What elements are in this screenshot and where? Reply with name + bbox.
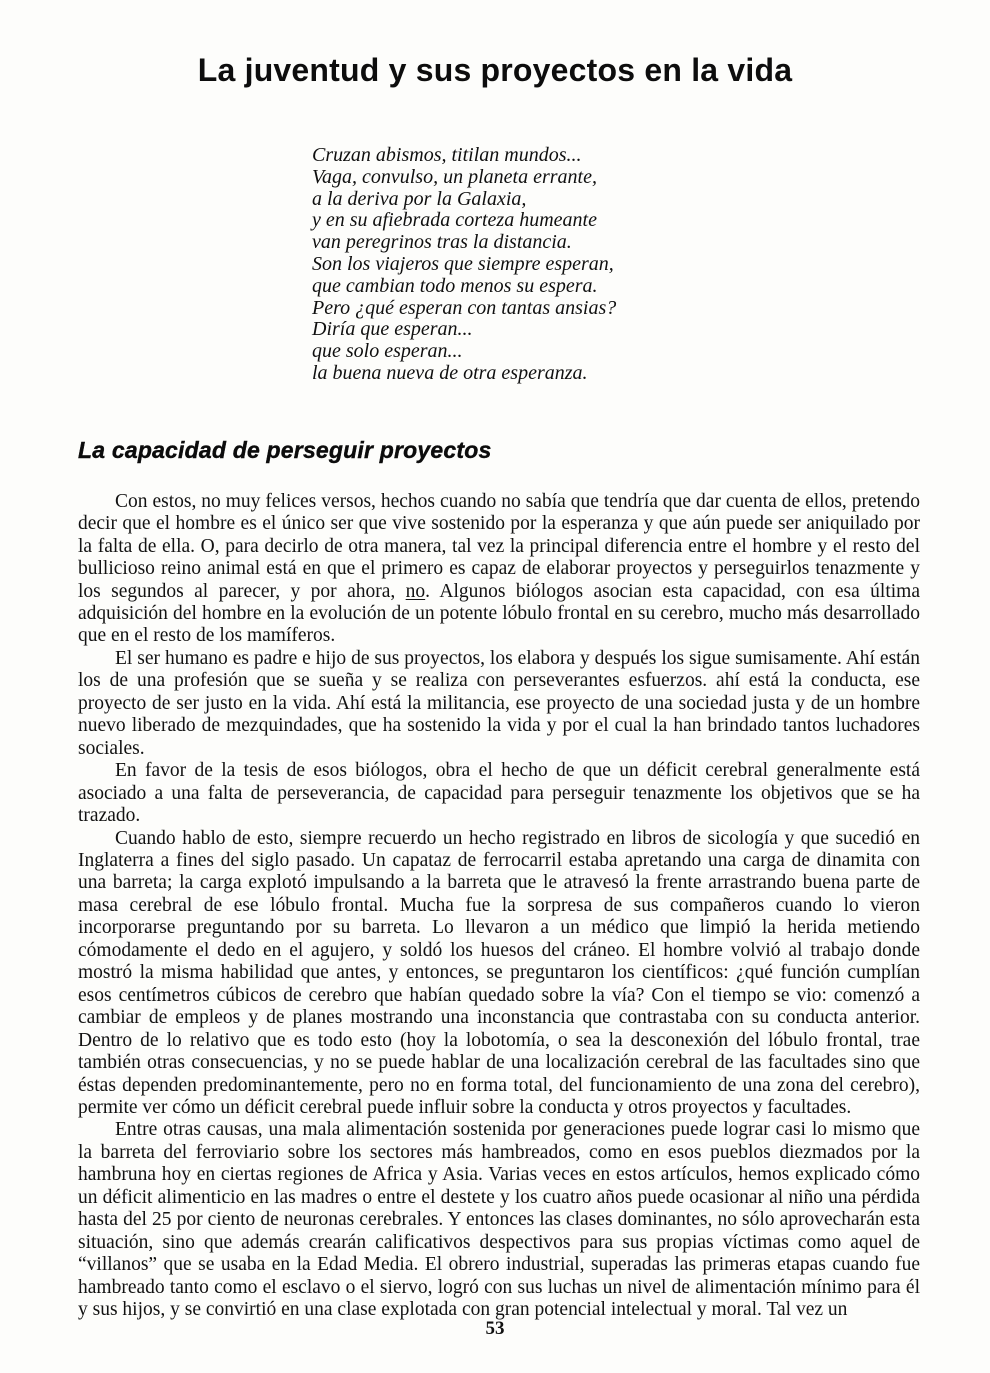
body-paragraph: El ser humano es padre e hijo de sus pro…: [78, 648, 920, 760]
poem-line: a la deriva por la Galaxia,: [312, 189, 990, 211]
document-page: La juventud y sus proyectos en la vida C…: [0, 0, 990, 1373]
page-title: La juventud y sus proyectos en la vida: [0, 0, 990, 89]
poem-line: Vaga, convulso, un planeta errante,: [312, 167, 990, 189]
poem-line: y en su afiebrada corteza humeante: [312, 210, 990, 232]
body-paragraph: En favor de la tesis de esos biólogos, o…: [78, 760, 920, 827]
poem-line: van peregrinos tras la distancia.: [312, 232, 990, 254]
poem-line: que solo esperan...: [312, 341, 990, 363]
body-paragraph: Cuando hablo de esto, siempre recuerdo u…: [78, 828, 920, 1120]
poem: Cruzan abismos, titilan mundos... Vaga, …: [312, 145, 990, 385]
poem-line: que cambian todo menos su espera.: [312, 276, 990, 298]
body-paragraph: Con estos, no muy felices versos, hechos…: [78, 491, 920, 648]
body-text: Con estos, no muy felices versos, hechos…: [78, 491, 920, 1322]
poem-line: Pero ¿qué esperan con tantas ansias?: [312, 298, 990, 320]
poem-line: Cruzan abismos, titilan mundos...: [312, 145, 990, 167]
body-paragraph: Entre otras causas, una mala alimentació…: [78, 1119, 920, 1321]
poem-line: la buena nueva de otra esperanza.: [312, 363, 990, 385]
section-heading: La capacidad de perseguir proyectos: [78, 437, 990, 464]
underlined-word: no: [406, 581, 426, 602]
page-number: 53: [0, 1318, 990, 1340]
poem-line: Diría que esperan...: [312, 319, 990, 341]
poem-line: Son los viajeros que siempre esperan,: [312, 254, 990, 276]
